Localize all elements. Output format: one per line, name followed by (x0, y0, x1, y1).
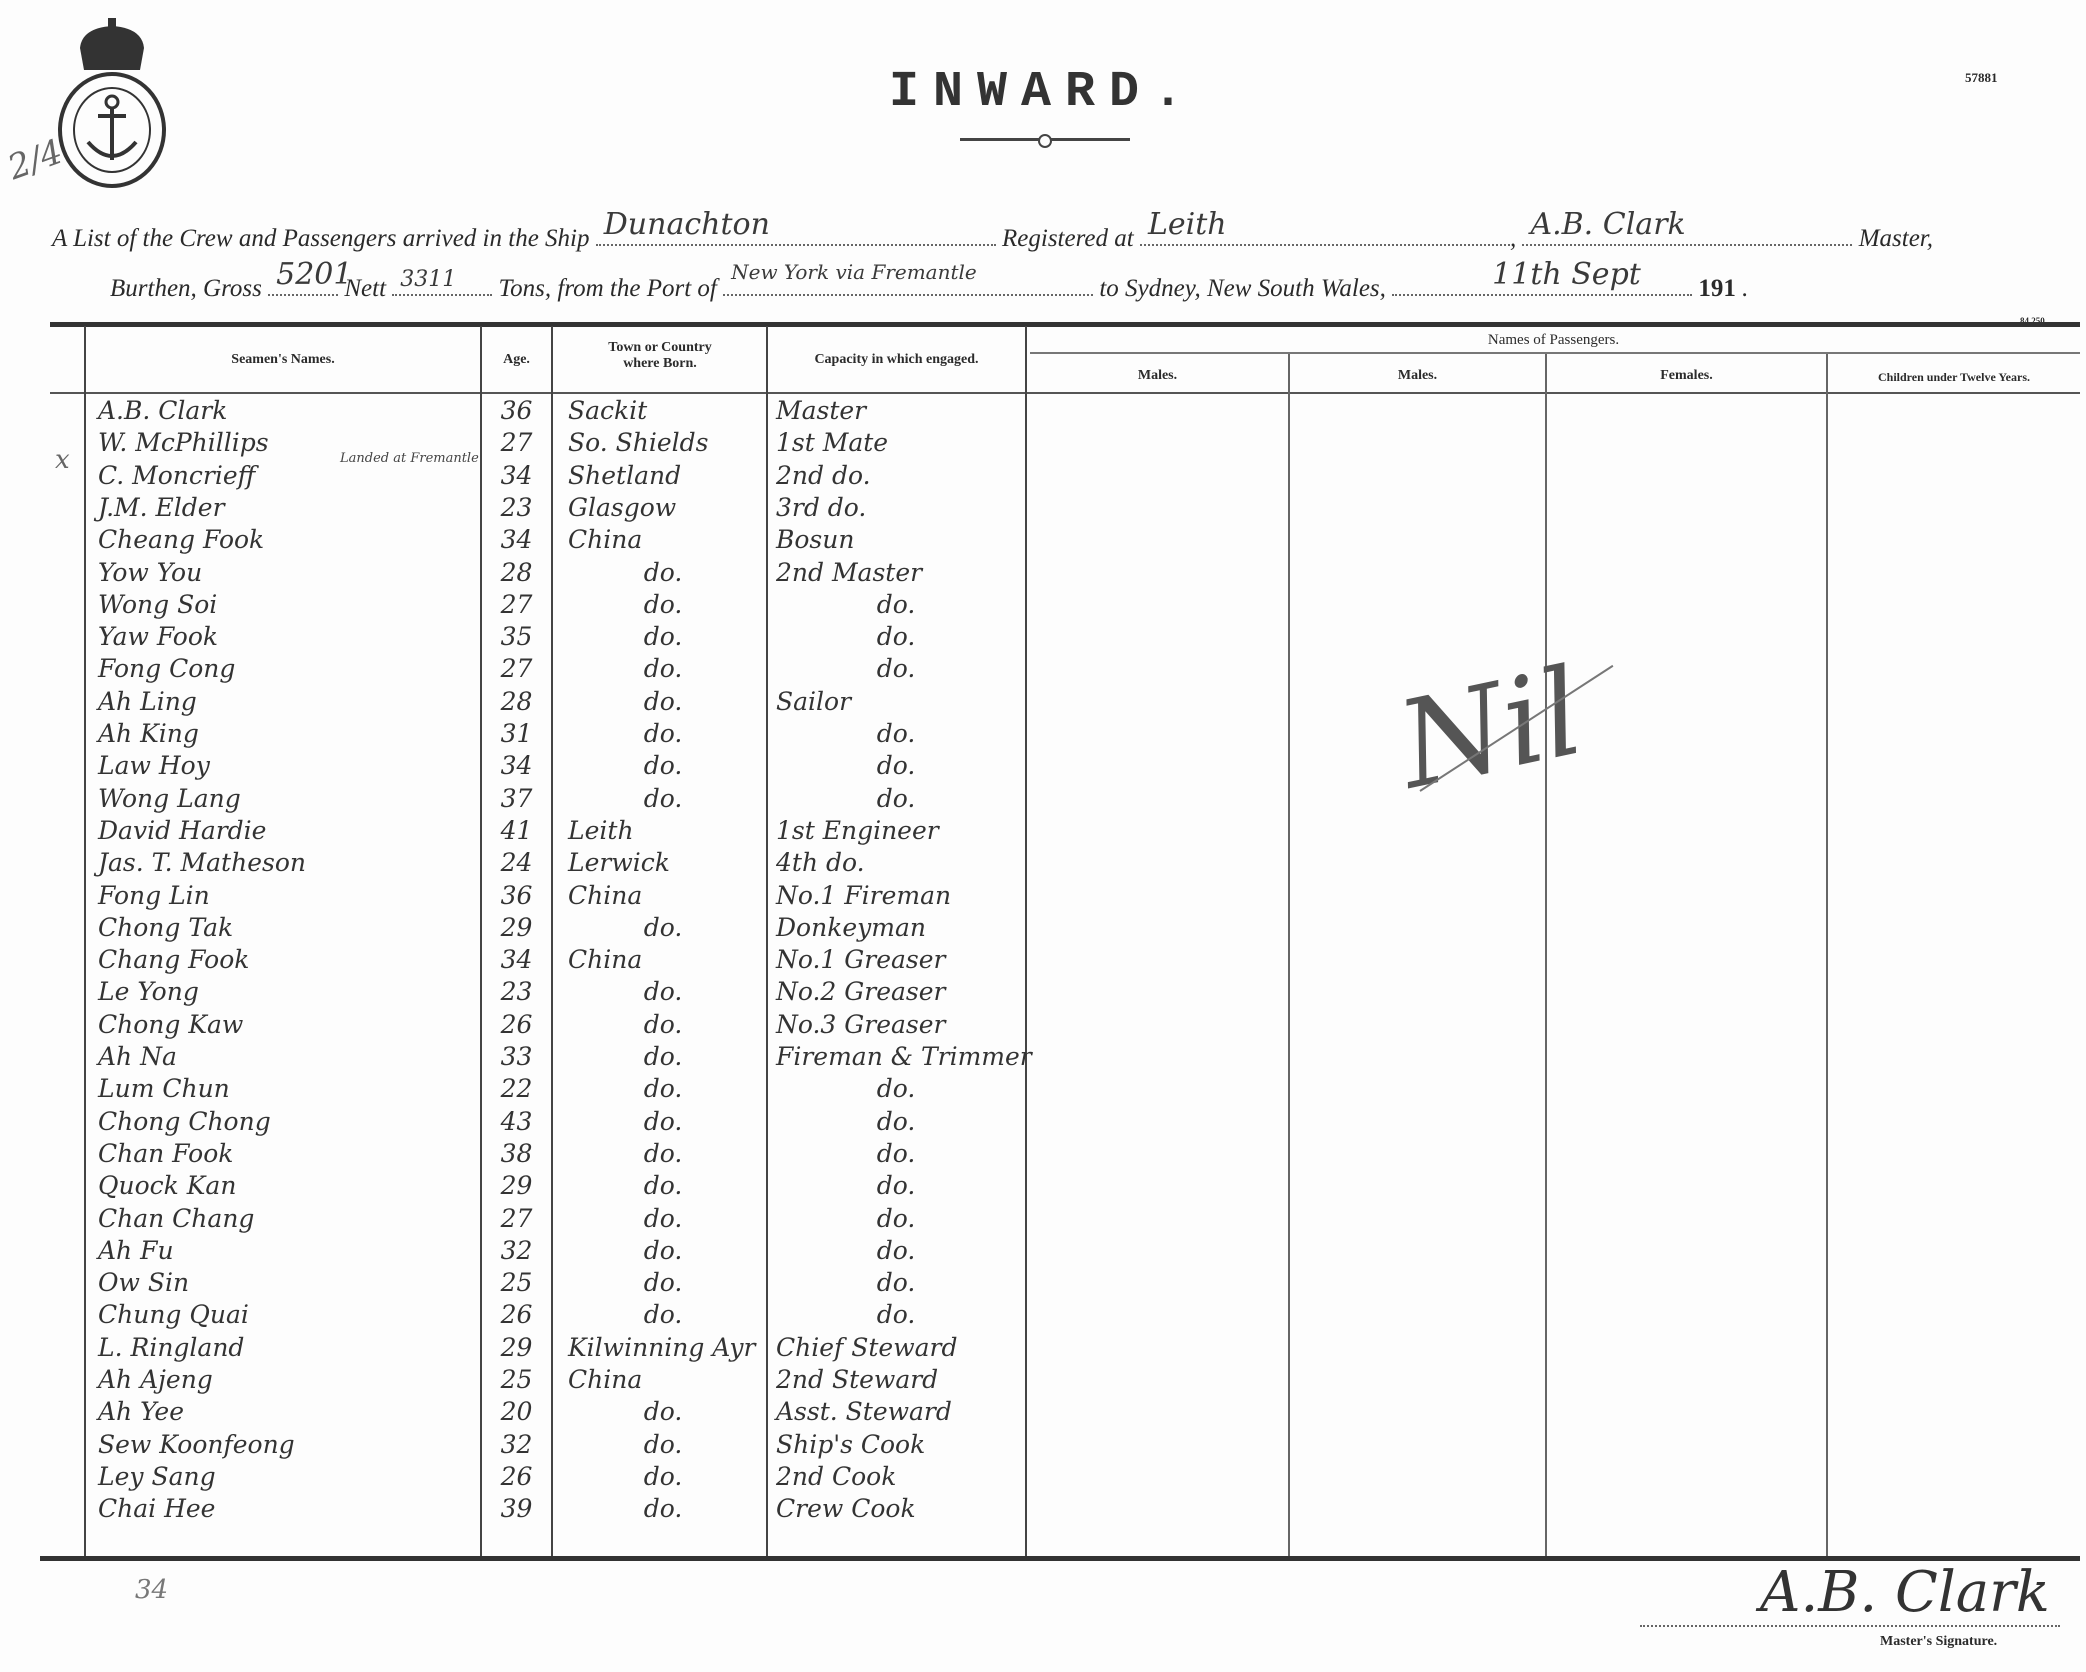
seaman-birthplace: Glasgow (568, 495, 758, 521)
seaman-name: Ah Fu (98, 1238, 174, 1264)
seaman-capacity: do. (776, 656, 1016, 682)
seaman-birthplace: China (568, 1367, 758, 1393)
gross-tons-value: 5201 (276, 257, 352, 292)
master-name-field: A.B. Clark (1522, 220, 1852, 246)
seaman-capacity: 2nd Master (776, 560, 1016, 586)
master-signature: A.B. Clark (1760, 1560, 2050, 1625)
seaman-birthplace: do. (568, 1173, 758, 1199)
col-divider (1288, 354, 1290, 1556)
seaman-capacity: do. (776, 1270, 1016, 1296)
seaman-capacity: do. (776, 1173, 1016, 1199)
seaman-age: 34 (482, 463, 551, 489)
seaman-capacity: 1st Engineer (776, 818, 1016, 844)
seaman-age: 28 (482, 689, 551, 715)
seaman-birthplace: do. (568, 592, 758, 618)
signature-label: Master's Signature. (1880, 1634, 1997, 1650)
passengers-nil-annotation: Nil (1388, 643, 1595, 817)
master-name-value: A.B. Clark (1530, 207, 1685, 242)
seaman-name: Quock Kan (98, 1173, 236, 1199)
seaman-name: Wong Lang (98, 786, 241, 812)
seaman-name: Ah King (98, 721, 199, 747)
seaman-birthplace: do. (568, 1141, 758, 1167)
seaman-capacity: do. (776, 753, 1016, 779)
seaman-age: 36 (482, 398, 551, 424)
seaman-name: Chang Fook (98, 947, 249, 973)
passengers-group-rule (1030, 352, 2080, 354)
seaman-age: 34 (482, 753, 551, 779)
seaman-age: 29 (482, 1173, 551, 1199)
seaman-capacity: do. (776, 1302, 1016, 1328)
header-line-1: A List of the Crew and Passengers arrive… (52, 220, 1933, 253)
seaman-capacity: Bosun (776, 527, 1016, 553)
seaman-name: Chai Hee (98, 1496, 215, 1522)
seaman-birthplace: do. (568, 979, 758, 1005)
nett-tons-field: 3311 (392, 270, 492, 296)
seaman-capacity: No.1 Fireman (776, 883, 1016, 909)
seaman-capacity: No.1 Greaser (776, 947, 1016, 973)
seaman-birthplace: Shetland (568, 463, 758, 489)
seaman-capacity: do. (776, 624, 1016, 650)
seaman-age: 27 (482, 592, 551, 618)
col-divider (1826, 354, 1828, 1556)
seaman-capacity: Asst. Steward (776, 1399, 1016, 1425)
seaman-birthplace: do. (568, 915, 758, 941)
nett-tons-value: 3311 (400, 267, 456, 292)
seaman-age: 26 (482, 1302, 551, 1328)
seaman-birthplace: do. (568, 1012, 758, 1038)
seaman-name: Ley Sang (98, 1464, 216, 1490)
col-header-females: Females. (1547, 368, 1826, 384)
seaman-capacity: Chief Steward (776, 1335, 1016, 1361)
seaman-birthplace: Kilwinning Ayr (568, 1335, 758, 1361)
seaman-capacity: do. (776, 1238, 1016, 1264)
seaman-birthplace: do. (568, 786, 758, 812)
seaman-age: 41 (482, 818, 551, 844)
registered-label: Registered at (1002, 225, 1134, 252)
seaman-birthplace: do. (568, 1076, 758, 1102)
seaman-name: Ah Ling (98, 689, 197, 715)
seaman-birthplace: do. (568, 753, 758, 779)
seaman-name: Chong Tak (98, 915, 233, 941)
seaman-birthplace: do. (568, 1270, 758, 1296)
seaman-birthplace: do. (568, 1206, 758, 1232)
seaman-age: 27 (482, 656, 551, 682)
seaman-name: Chong Kaw (98, 1012, 243, 1038)
seaman-capacity: do. (776, 786, 1016, 812)
seaman-name: Wong Soi (98, 592, 217, 618)
seaman-name: Law Hoy (98, 753, 210, 779)
seaman-age: 35 (482, 624, 551, 650)
seaman-name: J.M. Elder (98, 495, 225, 521)
seaman-birthplace: China (568, 527, 758, 553)
seaman-capacity: 2nd Cook (776, 1464, 1016, 1490)
signature-line (1640, 1625, 2060, 1627)
registered-port-field: Leith (1140, 220, 1510, 246)
seaman-birthplace: do. (568, 1044, 758, 1070)
seaman-age: 33 (482, 1044, 551, 1070)
seaman-age: 22 (482, 1076, 551, 1102)
seaman-name: Cheang Fook (98, 527, 264, 553)
seaman-birthplace: do. (568, 1496, 758, 1522)
col-header-males-1: Males. (1027, 368, 1288, 384)
seaman-age: 36 (482, 883, 551, 909)
registered-port-value: Leith (1148, 207, 1227, 242)
col-header-capacity: Capacity in which engaged. (768, 352, 1025, 368)
col-header-age: Age. (482, 352, 551, 368)
seaman-capacity: 3rd do. (776, 495, 1016, 521)
date-value: 11th Sept (1492, 257, 1641, 292)
seaman-age: 25 (482, 1270, 551, 1296)
seaman-birthplace: Sackit (568, 398, 758, 424)
from-port-field: New York via Fremantle (723, 270, 1093, 296)
seaman-capacity: 1st Mate (776, 430, 1016, 456)
seaman-capacity: Donkeyman (776, 915, 1016, 941)
serial-number: 57881 (1965, 70, 1998, 86)
header-line-2: Burthen, Gross 5201 Nett 3311 Tons, from… (110, 270, 1748, 303)
seaman-capacity: do. (776, 592, 1016, 618)
seaman-capacity: 2nd do. (776, 463, 1016, 489)
seaman-name: Chong Chong (98, 1109, 271, 1135)
seaman-age: 27 (482, 1206, 551, 1232)
seaman-age: 26 (482, 1012, 551, 1038)
seaman-birthplace: do. (568, 1302, 758, 1328)
seaman-capacity: do. (776, 721, 1016, 747)
date-field: 11th Sept (1392, 270, 1692, 296)
seaman-birthplace: do. (568, 1399, 758, 1425)
landed-note: Landed at Fremantle (340, 452, 480, 466)
burthen-label: Burthen, Gross (110, 275, 262, 302)
seaman-age: 27 (482, 430, 551, 456)
seaman-birthplace: do. (568, 624, 758, 650)
seaman-capacity: do. (776, 1076, 1016, 1102)
seaman-name: Ah Ajeng (98, 1367, 213, 1393)
seaman-name: Yaw Fook (98, 624, 218, 650)
gross-tons-field: 5201 (268, 270, 338, 296)
seaman-name: Ah Yee (98, 1399, 184, 1425)
seaman-capacity: Sailor (776, 689, 1016, 715)
seaman-capacity: do. (776, 1206, 1016, 1232)
seaman-age: 34 (482, 947, 551, 973)
col-divider (551, 326, 553, 1556)
seaman-name: W. McPhillips (98, 430, 269, 456)
seaman-age: 26 (482, 1464, 551, 1490)
seaman-name: Sew Koonfeong (98, 1432, 295, 1458)
seaman-birthplace: Lerwick (568, 850, 758, 876)
col-divider (766, 326, 768, 1556)
seaman-name: L. Ringland (98, 1335, 244, 1361)
seaman-name: Le Yong (98, 979, 199, 1005)
seaman-age: 32 (482, 1432, 551, 1458)
title-ornament-divider (960, 138, 1130, 145)
col-divider (1025, 326, 1027, 1556)
seaman-name: C. Moncrieff (98, 463, 255, 489)
col-header-passengers-group: Names of Passengers. (1027, 332, 2080, 349)
seaman-capacity: No.2 Greaser (776, 979, 1016, 1005)
seaman-name: Lum Chun (98, 1076, 230, 1102)
col-divider (1545, 354, 1547, 1556)
seaman-name: Ah Na (98, 1044, 177, 1070)
col-header-males-2: Males. (1290, 368, 1545, 384)
seaman-age: 29 (482, 915, 551, 941)
seaman-age: 23 (482, 495, 551, 521)
year-suffix: . (1742, 275, 1748, 302)
seaman-birthplace: China (568, 883, 758, 909)
seaman-age: 24 (482, 850, 551, 876)
seaman-capacity: Crew Cook (776, 1496, 1016, 1522)
to-sydney-label: to Sydney, New South Wales, (1099, 275, 1386, 302)
seaman-birthplace: do. (568, 1238, 758, 1264)
seaman-birthplace: do. (568, 560, 758, 586)
seaman-capacity: 4th do. (776, 850, 1016, 876)
seaman-age: 23 (482, 979, 551, 1005)
seaman-age: 34 (482, 527, 551, 553)
row-mark-x: x (55, 445, 70, 475)
seaman-name: Chung Quai (98, 1302, 249, 1328)
seaman-name: David Hardie (98, 818, 266, 844)
table-header-bottom-rule (50, 392, 2080, 394)
seaman-birthplace: do. (568, 689, 758, 715)
year-prefix: 191 (1698, 275, 1736, 302)
from-port-value: New York via Fremantle (731, 260, 977, 284)
seaman-birthplace: do. (568, 721, 758, 747)
seaman-birthplace: So. Shields (568, 430, 758, 456)
seaman-age: 39 (482, 1496, 551, 1522)
seaman-age: 37 (482, 786, 551, 812)
seaman-name: Ow Sin (98, 1270, 189, 1296)
seaman-birthplace: Leith (568, 818, 758, 844)
seaman-name: Chan Chang (98, 1206, 254, 1232)
seaman-name: Fong Lin (98, 883, 210, 909)
seaman-birthplace: do. (568, 1464, 758, 1490)
seaman-capacity: No.3 Greaser (776, 1012, 1016, 1038)
seaman-name: Jas. T. Matheson (98, 850, 306, 876)
col-header-seamens-names: Seamen's Names. (86, 352, 480, 368)
crew-count-note: 34 (135, 1575, 168, 1605)
seaman-age: 29 (482, 1335, 551, 1361)
col-header-children: Children under Twelve Years. (1828, 370, 2080, 385)
table-top-rule (50, 322, 2080, 327)
seaman-capacity: do. (776, 1141, 1016, 1167)
seaman-name: Fong Cong (98, 656, 235, 682)
seaman-name: A.B. Clark (98, 398, 227, 424)
seaman-capacity: Ship's Cook (776, 1432, 1016, 1458)
tons-from-label: Tons, from the Port of (499, 275, 717, 302)
seaman-birthplace: do. (568, 656, 758, 682)
seaman-capacity: do. (776, 1109, 1016, 1135)
seaman-age: 38 (482, 1141, 551, 1167)
ship-name-field: Dunachton (596, 220, 996, 246)
col-header-born: Town or Country where Born. (590, 340, 730, 372)
seaman-capacity: Fireman & Trimmer (776, 1044, 1016, 1070)
seaman-capacity: Master (776, 398, 1016, 424)
seaman-age: 43 (482, 1109, 551, 1135)
seaman-capacity: 2nd Steward (776, 1367, 1016, 1393)
seaman-age: 20 (482, 1399, 551, 1425)
seaman-name: Chan Fook (98, 1141, 233, 1167)
ship-name-value: Dunachton (604, 207, 770, 242)
list-prefix-label: A List of the Crew and Passengers arrive… (52, 225, 590, 252)
seaman-birthplace: China (568, 947, 758, 973)
seaman-age: 28 (482, 560, 551, 586)
page-title: INWARD. (0, 64, 2086, 121)
seaman-birthplace: do. (568, 1432, 758, 1458)
seaman-name: Yow You (98, 560, 202, 586)
seaman-age: 25 (482, 1367, 551, 1393)
seaman-age: 31 (482, 721, 551, 747)
col-divider (84, 326, 86, 1556)
master-label: Master, (1859, 225, 1933, 252)
seaman-birthplace: do. (568, 1109, 758, 1135)
seaman-age: 32 (482, 1238, 551, 1264)
